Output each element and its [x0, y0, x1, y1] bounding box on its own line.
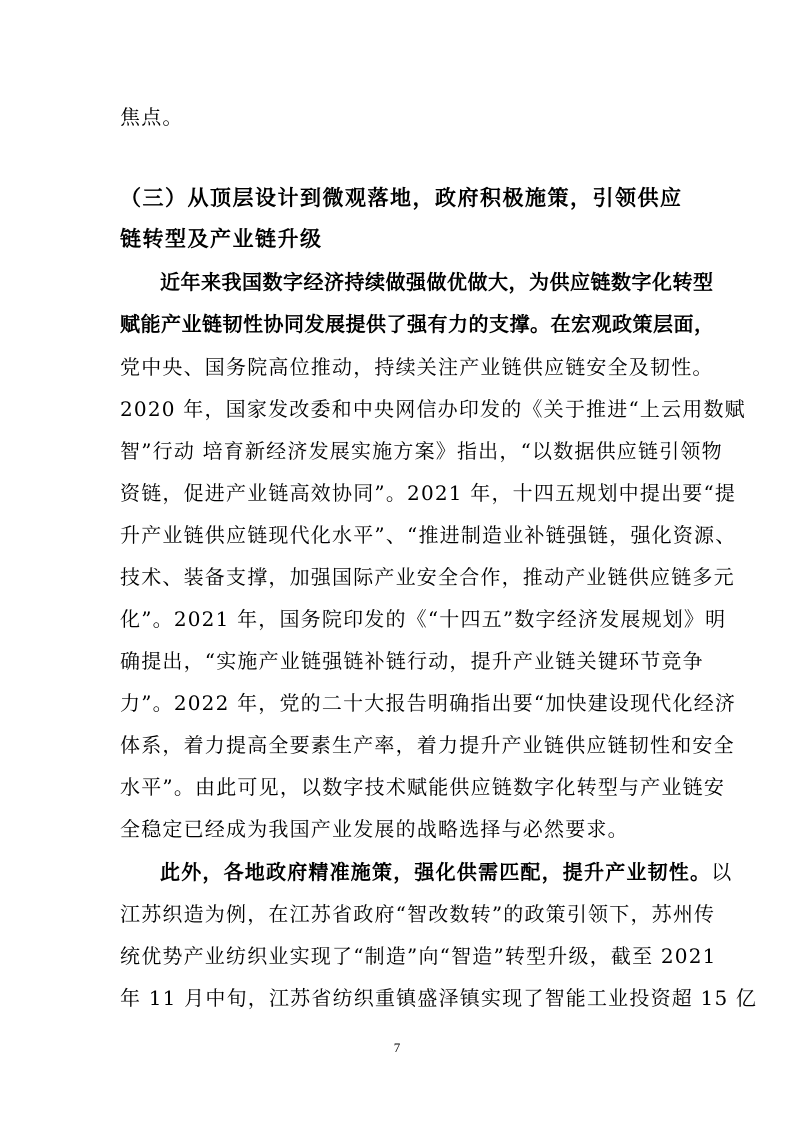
paragraph-line: 水平”。由此可见，以数字技术赋能供应链数字化转型与产业链安: [120, 775, 676, 799]
page-number: 7: [0, 1040, 794, 1056]
paragraph-line: 智”行动 培育新经济发展实施方案》指出，“以数据供应链引领物: [120, 439, 676, 463]
paragraph-line: 统优势产业纺织业实现了“制造”向“智造”转型升级，截至 2021: [120, 944, 676, 968]
paragraph-line: 年 11 月中旬，江苏省纺织重镇盛泽镇实现了智能工业投资超 15 亿: [120, 986, 676, 1010]
paragraph-line: 此外，各地政府精准施策，强化供需匹配，提升产业韧性。以: [160, 860, 676, 884]
paragraph-line: 江苏织造为例，在江苏省政府“智改数转”的政策引领下，苏州传: [120, 902, 676, 926]
paragraph-line: 党中央、国务院高位推动，持续关注产业链供应链安全及韧性。: [120, 355, 676, 379]
section-heading-line-2: 链转型及产业链升级: [120, 227, 676, 251]
paragraph-line: 赋能产业链韧性协同发展提供了强有力的支撑。在宏观政策层面，: [120, 312, 676, 336]
paragraph-line: 体系，着力提高全要素生产率，着力提升产业链供应链韧性和安全: [120, 733, 676, 757]
paragraph-line: 升产业链供应链现代化水平”、“推进制造业补链强链，强化资源、: [120, 523, 676, 547]
paragraph-line: 资链，促进产业链高效协同”。2021 年，十四五规划中提出要“提: [120, 481, 676, 505]
paragraph-line: 化”。2021 年，国务院印发的《“十四五”数字经济发展规划》明: [120, 607, 676, 631]
bold-lead-sentence: 此外，各地政府精准施策，强化供需匹配，提升产业韧性。: [160, 860, 711, 884]
text-run: 以: [711, 860, 732, 884]
paragraph-line: 力”。2022 年，党的二十大报告明确指出要“加快建设现代化经济: [120, 691, 676, 715]
paragraph-line: 全稳定已经成为我国产业发展的战略选择与必然要求。: [120, 817, 676, 841]
section-heading-line-1: （三）从顶层设计到微观落地，政府积极施策，引领供应: [120, 186, 676, 210]
paragraph-line: 技术、装备支撑，加强国际产业安全合作，推动产业链供应链多元: [120, 565, 676, 589]
paragraph-line: 2020 年，国家发改委和中央网信办印发的《关于推进“上云用数赋: [120, 397, 676, 421]
text-fragment: 焦点。: [120, 105, 676, 129]
paragraph-line: 确提出，“实施产业链强链补链行动，提升产业链关键环节竞争: [120, 649, 676, 673]
paragraph-line: 近年来我国数字经济持续做强做优做大，为供应链数字化转型: [160, 270, 676, 294]
